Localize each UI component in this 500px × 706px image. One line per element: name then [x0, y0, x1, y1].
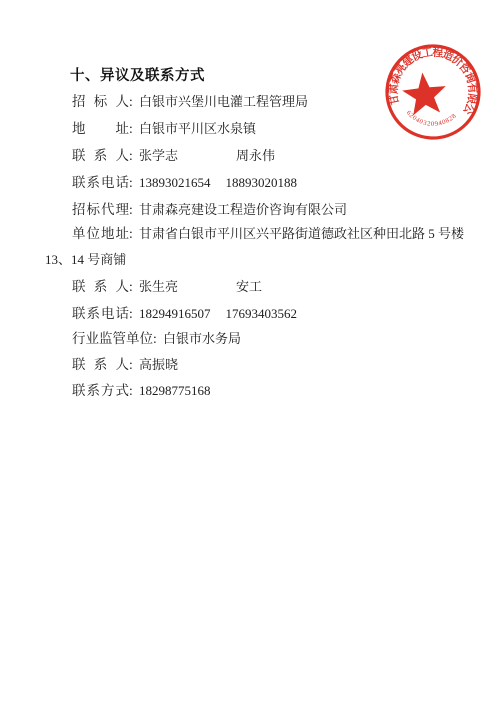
field-value: 白银市兴堡川电灌工程管理局 — [139, 94, 308, 109]
field-row-supervisor: 行业监管单位:白银市水务局 — [0, 331, 500, 346]
field-label: 联系电话 — [72, 175, 129, 190]
field-label: 联系方式 — [72, 383, 129, 398]
document-page: 十、异议及联系方式 招 标 人:白银市兴堡川电灌工程管理局 地 址:白银市平川区… — [0, 0, 500, 706]
label-colon: : — [129, 121, 139, 136]
field-row-agency-contacts: 联 系 人:张生亮安工 — [0, 279, 500, 294]
star-icon — [401, 71, 447, 117]
label-colon: : — [129, 226, 139, 241]
field-row-agency-address-continuation: 13、14 号商铺 — [0, 252, 500, 267]
field-label: 联 系 人 — [72, 357, 129, 372]
field-row-agency: 招标代理:甘肃森亮建设工程造价咨询有限公司 — [0, 202, 500, 217]
contact-name-primary: 张生亮 — [139, 279, 178, 294]
phone-number-secondary: 18893020188 — [226, 175, 298, 190]
label-colon: : — [129, 148, 139, 163]
section-title: 十、异议及联系方式 — [70, 64, 205, 85]
label-colon: : — [129, 279, 139, 294]
contact-name-secondary: 安工 — [236, 279, 262, 294]
seal-number-text: 62040320940828 — [404, 109, 459, 130]
field-label: 单位地址 — [72, 226, 129, 241]
field-label: 联 系 人 — [72, 148, 129, 163]
phone-number-primary: 18298775168 — [139, 383, 211, 398]
label-colon: : — [129, 383, 139, 398]
field-label: 地 址 — [72, 121, 129, 136]
label-colon: : — [129, 94, 139, 109]
field-label: 招标代理 — [72, 202, 129, 217]
field-label: 行业监管单位 — [72, 331, 153, 346]
field-value: 甘肃省白银市平川区兴平路街道德政社区种田北路 5 号楼 — [139, 226, 464, 241]
field-row-supervisor-contact: 联 系 人:高振晓 — [0, 357, 500, 372]
label-colon: : — [129, 202, 139, 217]
field-label: 招 标 人 — [72, 94, 129, 109]
label-colon: : — [153, 331, 163, 346]
field-row-tenderer-phones: 联系电话:1389302165418893020188 — [0, 175, 500, 190]
phone-number-primary: 18294916507 — [139, 306, 211, 321]
field-label: 联 系 人 — [72, 279, 129, 294]
field-value: 甘肃森亮建设工程造价咨询有限公司 — [139, 202, 347, 217]
contact-name-secondary: 周永伟 — [236, 148, 275, 163]
contact-name-primary: 张学志 — [139, 148, 178, 163]
field-value: 白银市水务局 — [163, 331, 241, 346]
field-value: 白银市平川区水泉镇 — [139, 121, 256, 136]
phone-number-primary: 13893021654 — [139, 175, 211, 190]
field-value-continuation: 13、14 号商铺 — [45, 252, 126, 267]
label-colon: : — [129, 306, 139, 321]
label-colon: : — [129, 175, 139, 190]
field-row-agency-address: 单位地址:甘肃省白银市平川区兴平路街道德政社区种田北路 5 号楼 — [0, 226, 500, 241]
label-colon: : — [129, 357, 139, 372]
field-row-supervisor-phone: 联系方式:18298775168 — [0, 383, 500, 398]
phone-number-secondary: 17693403562 — [226, 306, 298, 321]
field-row-agency-phones: 联系电话:1829491650717693403562 — [0, 306, 500, 321]
company-seal: 甘肃森亮建设工程造价咨询有限公司 62040320940828 — [373, 32, 493, 152]
contact-name-primary: 高振晓 — [139, 357, 178, 372]
field-label: 联系电话 — [72, 306, 129, 321]
